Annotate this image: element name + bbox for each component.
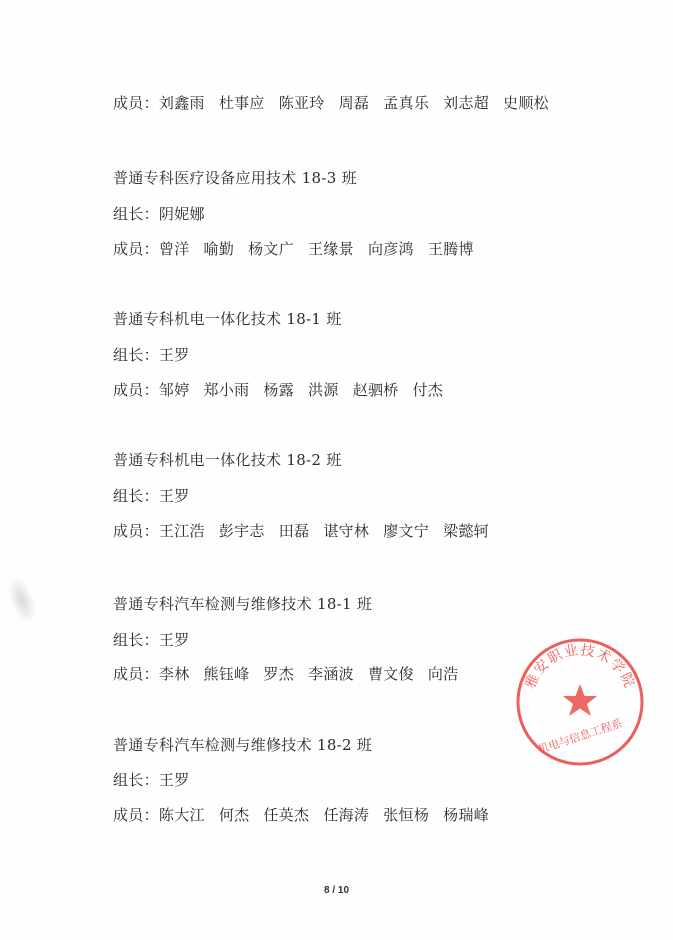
member-name: 洪源: [308, 380, 339, 400]
member-name: 杨瑞峰: [443, 805, 489, 825]
leader-label: 组长：: [113, 346, 159, 364]
leader-label: 组长：: [113, 205, 159, 223]
members-label: 成员：: [113, 239, 159, 259]
member-name: 罗杰: [263, 664, 294, 684]
member-name: 王江浩: [159, 521, 205, 541]
class-heading: 普通专科医疗设备应用技术 18-3 班: [113, 168, 357, 188]
members-label: 成员：: [113, 664, 159, 684]
leader-name: 阴妮娜: [159, 205, 205, 223]
member-name: 喻勤: [204, 239, 235, 259]
svg-text:雅安职业技术学院: 雅安职业技术学院: [522, 641, 637, 691]
leader-name: 王罗: [159, 487, 190, 505]
member-name: 王腾博: [428, 239, 474, 259]
member-name: 梁懿轲: [443, 521, 489, 541]
class-heading: 普通专科汽车检测与维修技术 18-1 班: [113, 594, 372, 614]
member-name: 周磊: [339, 93, 370, 113]
members-label: 成员：: [113, 805, 159, 825]
leader-label: 组长：: [113, 487, 159, 505]
leader-line: 组长：王罗: [113, 345, 190, 365]
member-name: 何杰: [219, 805, 250, 825]
member-name: 廖文宁: [383, 521, 429, 541]
member-name: 邹婷: [159, 380, 190, 400]
member-name: 孟真乐: [383, 93, 429, 113]
seal-outer-text: 雅安职业技术学院: [522, 641, 637, 691]
member-name: 李林: [159, 664, 190, 684]
member-name: 赵驷桥: [353, 380, 399, 400]
member-name: 任海涛: [323, 805, 369, 825]
members-line: 成员：王江浩彭宇志田磊谌守林廖文宁梁懿轲: [113, 521, 503, 541]
members-line: 成员：曾洋喻勤杨文广王缘景向彦鸿王腾博: [113, 239, 488, 259]
class-heading: 普通专科汽车检测与维修技术 18-2 班: [113, 735, 372, 755]
leader-line: 组长：王罗: [113, 486, 190, 506]
member-name: 任英杰: [263, 805, 309, 825]
member-name: 彭宇志: [219, 521, 265, 541]
member-name: 向浩: [428, 664, 459, 684]
member-name: 杜事应: [219, 93, 265, 113]
member-name: 谌守林: [323, 521, 369, 541]
member-name: 杨文广: [248, 239, 294, 259]
leader-label: 组长：: [113, 631, 159, 649]
member-name: 曹文俊: [368, 664, 414, 684]
leader-name: 王罗: [159, 631, 190, 649]
leader-label: 组长：: [113, 771, 159, 789]
member-name: 郑小雨: [204, 380, 250, 400]
member-name: 李涵波: [308, 664, 354, 684]
member-name: 刘志超: [443, 93, 489, 113]
member-name: 向彦鸿: [368, 239, 414, 259]
seal-inner-text: 机电与信息工程系: [536, 716, 624, 757]
member-name: 熊钰峰: [204, 664, 250, 684]
members-label: 成员：: [113, 93, 159, 113]
member-name: 付杰: [413, 380, 444, 400]
star-icon: [563, 684, 597, 716]
document-page: 成员：刘鑫雨杜事应陈亚玲周磊孟真乐刘志超史顺松 普通专科医疗设备应用技术 18-…: [0, 0, 673, 940]
member-name: 陈大江: [159, 805, 205, 825]
scan-smudge: [2, 572, 42, 627]
class-heading: 普通专科机电一体化技术 18-2 班: [113, 450, 342, 470]
official-seal-stamp: 雅安职业技术学院 机电与信息工程系: [514, 636, 646, 768]
leader-line: 组长：王罗: [113, 630, 190, 650]
member-name: 史顺松: [503, 93, 549, 113]
member-name: 田磊: [279, 521, 310, 541]
member-name: 陈亚玲: [279, 93, 325, 113]
members-line: 成员：陈大江何杰任英杰任海涛张恒杨杨瑞峰: [113, 805, 503, 825]
members-line: 成员：李林熊钰峰罗杰李涵波曹文俊向浩: [113, 664, 472, 684]
class-heading: 普通专科机电一体化技术 18-1 班: [113, 309, 342, 329]
members-label: 成员：: [113, 521, 159, 541]
member-name: 刘鑫雨: [159, 93, 205, 113]
leader-name: 王罗: [159, 346, 190, 364]
members-label: 成员：: [113, 380, 159, 400]
members-line-continued: 成员：刘鑫雨杜事应陈亚玲周磊孟真乐刘志超史顺松: [113, 93, 563, 113]
members-line: 成员：邹婷郑小雨杨露洪源赵驷桥付杰: [113, 380, 457, 400]
leader-line: 组长：阴妮娜: [113, 204, 205, 224]
member-name: 曾洋: [159, 239, 190, 259]
member-name: 张恒杨: [383, 805, 429, 825]
leader-line: 组长：王罗: [113, 770, 190, 790]
leader-name: 王罗: [159, 771, 190, 789]
member-name: 杨露: [263, 380, 294, 400]
member-name: 王缘景: [308, 239, 354, 259]
page-number: 8 / 10: [0, 885, 673, 896]
